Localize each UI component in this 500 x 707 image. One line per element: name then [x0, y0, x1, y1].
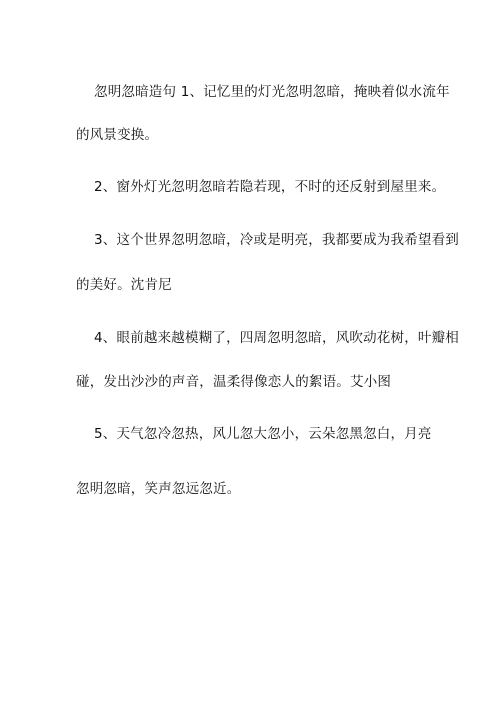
paragraph-line: 3、这个世界忽明忽暗，冷或是明亮，我都要成为我希望看到 [94, 232, 459, 248]
paragraph-line: 忽明忽暗造句 1、记忆里的灯光忽明忽暗，掩映着似水流年 [94, 84, 450, 100]
paragraph-line: 的风景变换。 [76, 127, 158, 143]
paragraph-line: 忽明忽暗，笑声忽远忽近。 [76, 481, 240, 497]
paragraph-line: 4、眼前越来越模糊了，四周忽明忽暗，风吹动花树，叶瓣相 [94, 330, 459, 346]
document-page: 忽明忽暗造句 1、记忆里的灯光忽明忽暗，掩映着似水流年 的风景变换。 2、窗外灯… [0, 0, 500, 707]
paragraph-line: 碰，发出沙沙的声音，温柔得像恋人的絮语。艾小图 [76, 374, 391, 390]
paragraph-line: 2、窗外灯光忽明忽暗若隐若现，不时的还反射到屋里来。 [94, 179, 445, 195]
paragraph-line: 5、天气忽冷忽热，风儿忽大忽小，云朵忽黑忽白，月亮 [94, 426, 432, 442]
paragraph-line: 的美好。沈肯尼 [76, 277, 172, 293]
